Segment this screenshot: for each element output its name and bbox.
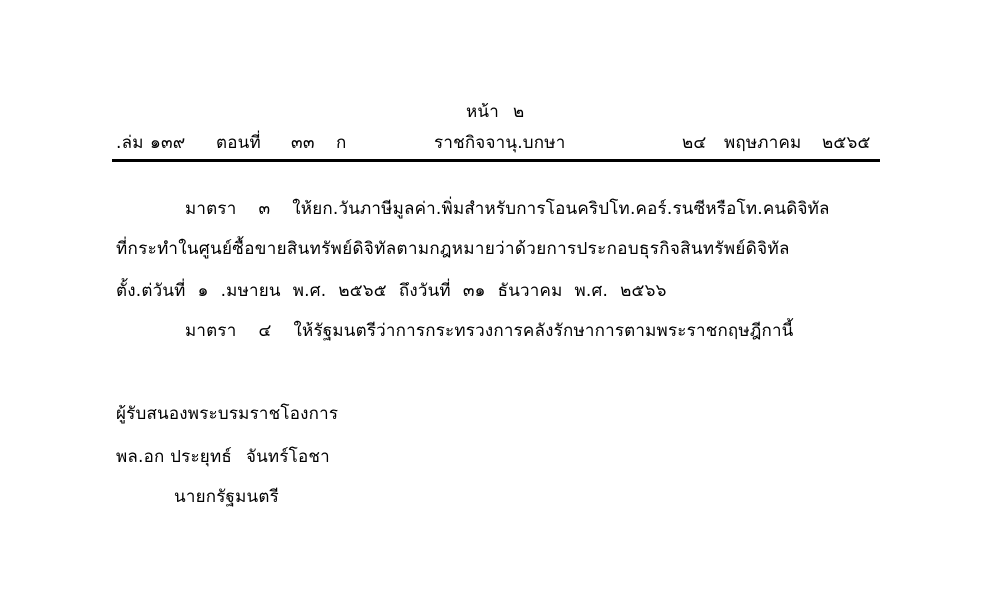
section-4-line: มาตรา๔ให้รัฐมนตรีว่าการกระทรวงการคลังรัก…: [185, 320, 794, 342]
section-letter: ก: [336, 132, 347, 154]
page-label: หน้า: [466, 102, 499, 122]
section-3-text-line3: ตั้ง.ต่วันที่๑.มษายนพ.ศ.๒๕๖๕ถึงวันที่๓๑ธ…: [116, 280, 679, 302]
page-number-value: ๒: [513, 102, 524, 122]
section-4-number: ๔: [258, 321, 271, 341]
date-year: ๒๕๖๕: [822, 132, 871, 154]
section-3-text-line2: ที่กระทำในศูนย์ซื้อขายสินทรัพย์ดิจิทัลตา…: [116, 238, 790, 260]
date-day: ๒๔: [682, 132, 706, 154]
section-3-label: มาตรา: [185, 199, 236, 219]
to-era: พ.ศ.: [575, 281, 609, 301]
volume-number: ๑๓๙: [150, 132, 185, 154]
to-day: ๓๑: [463, 281, 486, 301]
date-month: พฤษภาคม: [724, 132, 801, 154]
section-4-label: มาตรา: [185, 321, 236, 341]
section-3-text-line1: ให้ยก.วันภาษีมูลค่า.พิ่มสำหรับการโอนคริป…: [292, 199, 829, 219]
page-number: หน้า๒: [466, 101, 524, 123]
from-era: พ.ศ.: [293, 281, 327, 301]
publication-title: ราชกิจจานุ.บกษา: [434, 132, 565, 154]
volume-label: .ล่ม: [116, 132, 144, 154]
header-divider: [112, 159, 880, 162]
from-day: ๑: [198, 281, 209, 301]
issue-label: ตอนที่: [216, 132, 261, 154]
from-label: ตั้ง.ต่วันที่: [116, 281, 186, 301]
gazette-header: .ล่ม ๑๓๙ ตอนที่ ๓๓ ก ราชกิจจานุ.บกษา ๒๔ …: [116, 132, 880, 156]
signatory-given-name: พล.อก ประยุทธ์: [116, 447, 232, 467]
section-3-first-line: มาตรา๓ให้ยก.วันภาษีมูลค่า.พิ่มสำหรับการโ…: [185, 198, 830, 220]
signatory-surname: จันทร์โอชา: [246, 447, 330, 467]
gazette-page: หน้า๒ .ล่ม ๑๓๙ ตอนที่ ๓๓ ก ราชกิจจานุ.บก…: [0, 0, 992, 592]
issue-number: ๓๓: [291, 132, 315, 154]
to-year: ๒๕๖๖: [620, 281, 666, 301]
to-label: ถึงวันที่: [399, 281, 451, 301]
signatory-title: นายกรัฐมนตรี: [174, 486, 279, 508]
countersign-line: ผู้รับสนองพระบรมราชโองการ: [116, 403, 338, 425]
section-3-number: ๓: [258, 199, 270, 219]
signatory-name: พล.อก ประยุทธ์จันทร์โอชา: [116, 446, 330, 468]
section-4-text: ให้รัฐมนตรีว่าการกระทรวงการคลังรักษาการต…: [294, 321, 794, 341]
from-year: ๒๕๖๕: [338, 281, 387, 301]
to-month: ธันวาคม: [498, 281, 563, 301]
from-month: .มษายน: [221, 281, 281, 301]
